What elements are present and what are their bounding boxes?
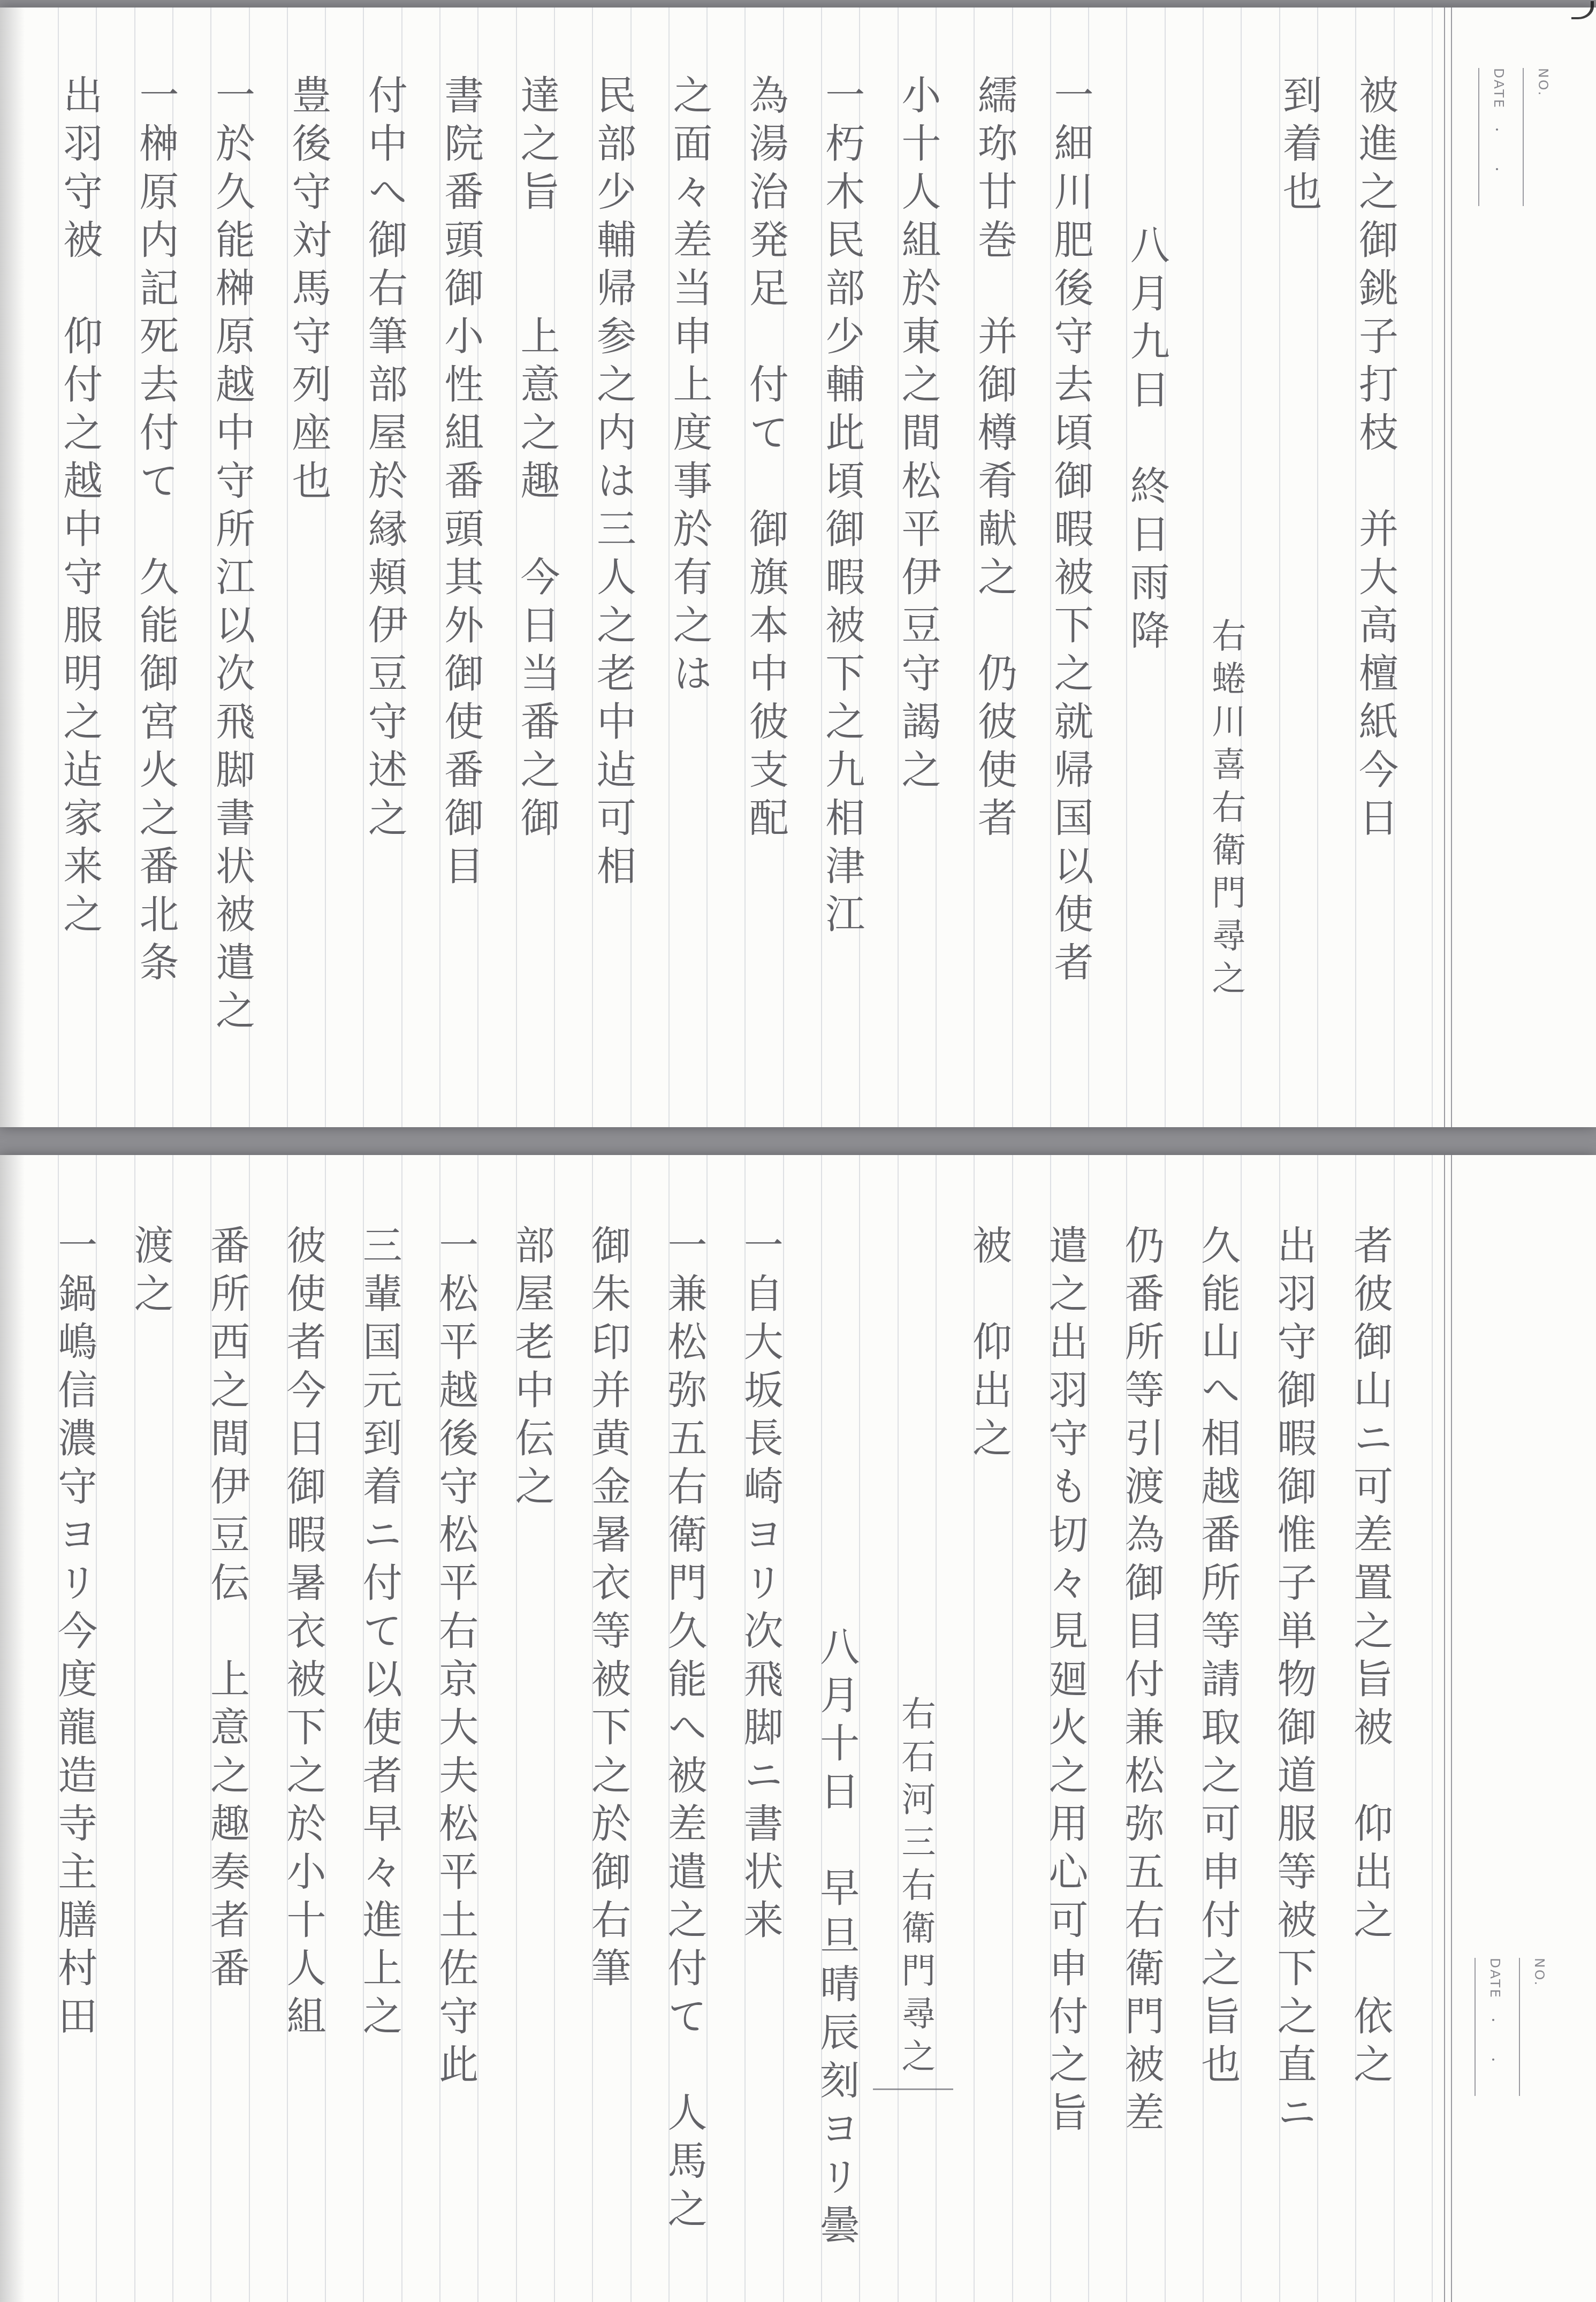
- handwritten-column: 書院番頭御小性組番頭其外御使番御目: [431, 74, 481, 893]
- handwritten-column: 繻珎廿巻 并御樽肴献之 仍彼使者: [965, 74, 1014, 845]
- margin-rule-line: [1444, 1155, 1445, 2302]
- date-separator-dot: ・: [1491, 161, 1503, 177]
- rule-line: [1394, 1155, 1395, 2302]
- rule-line: [1432, 7, 1433, 1127]
- handwritten-column: 彼使者今日御暇暑衣被下之於小十人組: [273, 1225, 323, 2043]
- handwritten-column: 到着也: [1270, 74, 1319, 219]
- date-label: DATE: [1487, 1958, 1503, 1999]
- pencil-underline: [873, 2088, 953, 2090]
- date-field-line: [1478, 68, 1479, 206]
- handwritten-column: 久能山へ相越番所等請取之可申付之旨也: [1188, 1225, 1237, 2092]
- handwritten-column: 右石河三右衛門尋之: [884, 1696, 933, 2081]
- handwritten-column: 一自大坂長崎ヨリ次飛脚ニ書状来: [731, 1225, 780, 1947]
- page-edge-shadow: [0, 7, 25, 1127]
- margin-rule-line: [1451, 1155, 1452, 2302]
- handwritten-column: 小十人組於東之間松平伊豆守謁之: [889, 74, 938, 797]
- handwritten-column: 一細川肥後守去頃御暇被下之就帰国以使者: [1041, 74, 1090, 990]
- page-2-scan: 者彼御山ニ可差置之旨被 仰出之 依之出羽守御暇御惟子単物御道服等被下之直ニ久能山…: [0, 1155, 1596, 2302]
- handwritten-column: 遣之出羽守も切々見廻火之用心可申付之旨: [1036, 1225, 1085, 2140]
- no-field-line: [1519, 1958, 1520, 2096]
- handwritten-column: 達之旨 上意之趣 今日当番之御: [508, 74, 557, 845]
- handwritten-column: 三輩国元到着ニ付て以使者早々進上之: [350, 1225, 399, 2043]
- date-separator-dot: ・: [1487, 2011, 1499, 2028]
- handwritten-column: 付中へ御右筆部屋於縁頬伊豆守述之: [355, 74, 405, 845]
- handwritten-column: 為湯治発足 付て 御旗本中彼支配: [736, 74, 786, 845]
- date-field-line: [1475, 1958, 1476, 2096]
- handwritten-column: 一松平越後守松平右京大夫松平土佐守此: [426, 1225, 475, 2092]
- handwritten-column: 八月十日 早旦晴辰刻ヨリ曇: [807, 1626, 856, 2252]
- handwritten-column: 一兼松弥五右衛門久能へ被差遣之付て 人馬之: [655, 1225, 704, 2236]
- margin-rule-line: [1444, 7, 1445, 1127]
- handwritten-column: 右蜷川喜右衛門尋之: [1194, 618, 1243, 1003]
- handwritten-column: 民部少輔帰参之内は三人之老中迠可相: [584, 74, 633, 893]
- rule-line: [1165, 1155, 1166, 2302]
- handwritten-column: 一鍋嶋信濃守ヨリ今度龍造寺主膳村田: [45, 1225, 94, 2043]
- rule-line: [936, 1155, 937, 2302]
- no-label: NO.: [1532, 1958, 1547, 1987]
- date-label: DATE: [1491, 68, 1507, 109]
- handwritten-column: 八月九日 終日雨降: [1118, 224, 1167, 658]
- handwritten-column: 部屋老中伝之: [503, 1225, 552, 1514]
- handwritten-column: 一於久能榊原越中守所江以次飛脚書状被遣之: [203, 74, 252, 1038]
- handwritten-column: 渡之: [121, 1225, 171, 1321]
- handwritten-column: 被進之御銚子打枝 并大高檀紙今日: [1346, 74, 1395, 845]
- rule-line: [172, 1155, 173, 2302]
- no-label: NO.: [1536, 68, 1551, 97]
- handwritten-column: 番所西之間伊豆伝 上意之趣奏者番: [197, 1225, 247, 1995]
- handwritten-column: 之面々差当申上度事於有之は: [660, 74, 709, 701]
- rule-line: [1088, 1155, 1089, 2302]
- handwritten-column: 者彼御山ニ可差置之旨被 仰出之 依之: [1341, 1225, 1390, 2092]
- margin-rule-line: [1451, 7, 1452, 1127]
- handwritten-column: 出羽守御暇御惟子単物御道服等被下之直ニ: [1265, 1225, 1314, 2140]
- date-separator-dot: ・: [1491, 121, 1503, 138]
- handwritten-column: 仍番所等引渡為御目付兼松弥五右衛門被差: [1112, 1225, 1161, 2140]
- rule-line: [1241, 1155, 1242, 2302]
- page-1-scan: 被進之御銚子打枝 并大高檀紙今日到着也右蜷川喜右衛門尋之八月九日 終日雨降一細川…: [0, 7, 1596, 1127]
- handwritten-column: 一朽木民部少輔此頃御暇被下之九相津江: [812, 74, 862, 941]
- rule-line: [1432, 1155, 1433, 2302]
- page-edge-shadow: [0, 1155, 25, 2302]
- date-separator-dot: ・: [1487, 2051, 1499, 2068]
- handwritten-column: 御朱印并黄金暑衣等被下之於御右筆: [579, 1225, 628, 1995]
- handwritten-column: 出羽守被 仰付之越中守服明之迠家来之: [50, 74, 100, 941]
- rule-line: [1317, 1155, 1318, 2302]
- no-field-line: [1523, 68, 1524, 206]
- handwritten-column: 一榊原内記死去付て 久能御宮火之番北条: [127, 74, 176, 990]
- handwritten-column: 被 仰出之: [960, 1225, 1009, 1465]
- handwritten-column: 豊後守対馬守列座也: [279, 74, 328, 508]
- rule-line: [134, 1155, 135, 2302]
